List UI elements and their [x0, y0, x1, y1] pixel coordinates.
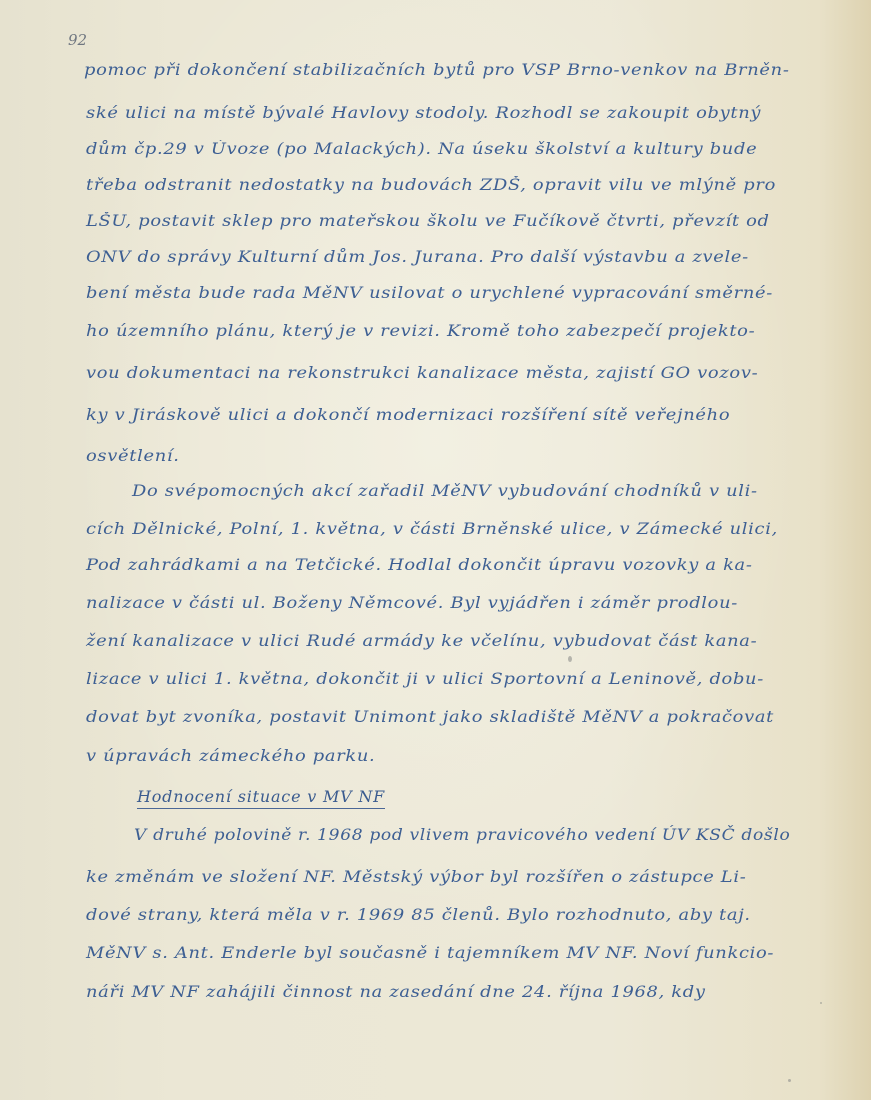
text-line: vou dokumentaci na rekonstrukci kanaliza…	[86, 364, 758, 382]
text-line: Do svépomocných akcí zařadil MěNV vybudo…	[132, 482, 758, 500]
text-line: v úpravách zámeckého parku.	[86, 747, 375, 765]
text-line: ské ulici na místě bývalé Havlovy stodol…	[86, 104, 761, 122]
paper-speck	[820, 1002, 822, 1004]
paper-speck	[568, 656, 572, 662]
text-line: ky v Jiráskově ulici a dokončí moderniza…	[86, 406, 730, 424]
text-line: osvětlení.	[86, 447, 180, 465]
text-line: LŠU, postavit sklep pro mateřskou školu …	[86, 212, 770, 230]
text-line: cích Dělnické, Polní, 1. května, v části…	[86, 520, 778, 538]
text-line: dům čp.29 v Úvoze (po Malackých). Na úse…	[86, 140, 757, 158]
text-line: náři MV NF zahájili činnost na zasedání …	[86, 983, 706, 1001]
text-line: Pod zahrádkami a na Tetčické. Hodlal dok…	[86, 556, 753, 574]
text-line: ho územního plánu, který je v revizi. Kr…	[86, 322, 755, 340]
text-line: bení města bude rada MěNV usilovat o ury…	[86, 284, 773, 302]
page-number: 92	[68, 31, 87, 49]
section-heading: Hodnocení situace v MV NF	[137, 787, 385, 809]
paper-speck	[788, 1079, 791, 1082]
text-line: ke změnám ve složení NF. Městský výbor b…	[86, 868, 746, 886]
text-line: pomoc při dokončení stabilizačních bytů …	[84, 61, 790, 79]
text-line: dovat byt zvoníka, postavit Unimont jako…	[86, 708, 774, 726]
text-line: dové strany, která měla v r. 1969 85 čle…	[86, 906, 751, 924]
text-line: ONV do správy Kulturní dům Jos. Jurana. …	[86, 248, 749, 266]
text-line: žení kanalizace v ulici Rudé armády ke v…	[86, 632, 757, 650]
text-line: nalizace v části ul. Boženy Němcové. Byl…	[86, 594, 738, 612]
manuscript-page: 92 pomoc při dokončení stabilizačních by…	[0, 0, 871, 1100]
text-line: třeba odstranit nedostatky na budovách Z…	[86, 176, 776, 194]
text-line: V druhé polovině r. 1968 pod vlivem prav…	[134, 826, 790, 844]
text-line: MěNV s. Ant. Enderle byl současně i taje…	[86, 944, 774, 962]
text-line: lizace v ulici 1. května, dokončit ji v …	[86, 670, 764, 688]
